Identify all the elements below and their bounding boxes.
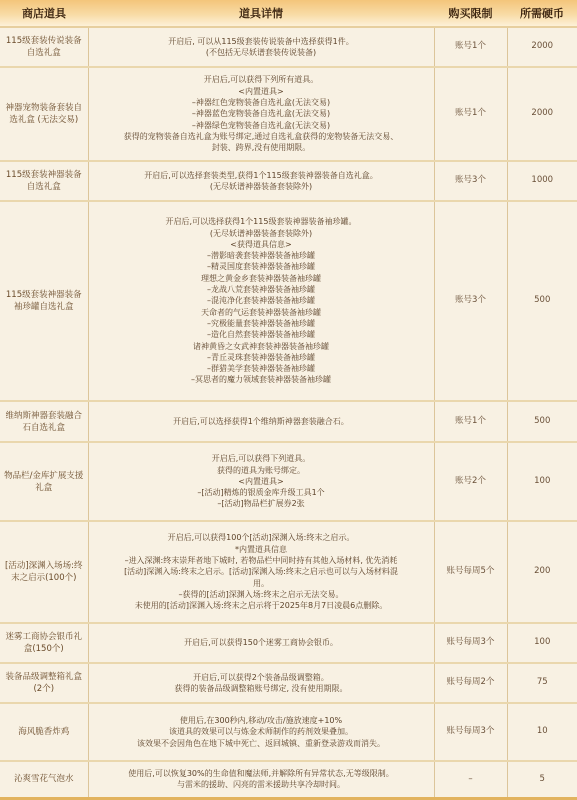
detail-line: 该效果不会因角色在地下城中死亡、返回城镇、重新登录游戏而消失。 xyxy=(92,738,431,749)
detail-line: –神器红色宠物装备自选礼盒(无法交易) xyxy=(92,97,431,108)
detail-line: <内置道具> xyxy=(92,86,431,97)
detail-line: *内置道具信息 xyxy=(92,544,431,555)
item-details: 开启后,可以选择套装类型,获得1个115级套装神器装备自选礼盒。(无尽妖谱神器装… xyxy=(88,161,434,201)
item-details: 开启后, 可以从115级套装传说装备中选择获得1件。(不包括无尽妖谱套装传说装备… xyxy=(88,27,434,67)
detail-line: 封装、跨界,没有使用期限。 xyxy=(92,142,431,153)
detail-line: –群猎美学套装神器装备袖珍罐 xyxy=(92,363,431,374)
coin-cost: 200 xyxy=(507,521,577,623)
item-details: 开启后,可以选择获得1个115级套装神器装备袖珍罐。(无尽妖谱神器装备套装除外)… xyxy=(88,201,434,401)
coin-cost: 100 xyxy=(507,442,577,521)
detail-line: [活动]深渊入场:终末之启示。[活动]深渊入场:终末之启示也可以与入场材料混 xyxy=(92,566,431,577)
detail-line: <内置道具> xyxy=(92,476,431,487)
detail-line: 获得的道具为账号绑定。 xyxy=(92,465,431,476)
table-row: 115级套装传说装备自选礼盒开启后, 可以从115级套装传说装备中选择获得1件。… xyxy=(0,27,577,67)
detail-line: 开启后,可以选择获得1个115级套装神器装备袖珍罐。 xyxy=(92,216,431,227)
item-name: 维纳斯神器套装融合石自选礼盒 xyxy=(0,401,88,442)
detail-line: 开启后,可以选择套装类型,获得1个115级套装神器装备自选礼盒。 xyxy=(92,170,431,181)
coin-cost: 1000 xyxy=(507,161,577,201)
purchase-limit: 账号每周5个 xyxy=(434,521,507,623)
detail-line: 天命者的气运套装神器装备袖珍罐 xyxy=(92,307,431,318)
detail-line: 获得的装备品级调整箱账号绑定, 没有使用期限。 xyxy=(92,683,431,694)
item-details: 开启后,可以获得2个装备品级调整箱。获得的装备品级调整箱账号绑定, 没有使用期限… xyxy=(88,663,434,703)
table-row: 115级套装神器装备自选礼盒开启后,可以选择套装类型,获得1个115级套装神器装… xyxy=(0,161,577,201)
detail-line: –龙战八荒套装神器装备袖珍罐 xyxy=(92,284,431,295)
detail-line: 用。 xyxy=(92,578,431,589)
table-header: 商店道具 道具详情 购买限制 所需硬币 xyxy=(0,0,577,27)
item-name: 115级套装传说装备自选礼盒 xyxy=(0,27,88,67)
purchase-limit: 账号1个 xyxy=(434,27,507,67)
detail-line: 理想之黄金乡套装神器装备袖珍罐 xyxy=(92,273,431,284)
detail-line: (无尽妖谱神器装备套装除外) xyxy=(92,181,431,192)
detail-line: –造化自然套装神器装备袖珍罐 xyxy=(92,329,431,340)
item-details: 开启后,可以获得100个[活动]深渊入场:终末之启示。*内置道具信息–进入深渊:… xyxy=(88,521,434,623)
detail-line: –精灵国度套装神器装备袖珍罐 xyxy=(92,261,431,272)
table-row: 迷雾工商协会银币礼盒(150个)开启后,可以获得150个迷雾工商协会银币。账号每… xyxy=(0,623,577,663)
detail-line: 开启后,可以获得100个[活动]深渊入场:终末之启示。 xyxy=(92,532,431,543)
item-details: 开启后,可以获得下列所有道具。<内置道具>–神器红色宠物装备自选礼盒(无法交易)… xyxy=(88,67,434,161)
purchase-limit: 账号1个 xyxy=(434,401,507,442)
table-row: [活动]深渊入场场:终末之启示(100个)开启后,可以获得100个[活动]深渊入… xyxy=(0,521,577,623)
item-details: 使用后,在300秒内,移动/攻击/施放速度+10%该道具的效果可以与炼金术师制作… xyxy=(88,703,434,761)
item-name: 迷雾工商协会银币礼盒(150个) xyxy=(0,623,88,663)
detail-line: (不包括无尽妖谱套装传说装备) xyxy=(92,47,431,58)
detail-line: –[活动]物品栏扩展券2张 xyxy=(92,498,431,509)
purchase-limit: 账号每周3个 xyxy=(434,623,507,663)
coin-cost: 100 xyxy=(507,623,577,663)
table-row: 维纳斯神器套装融合石自选礼盒开启后,可以选择获得1个维纳斯神器套装融合石。账号1… xyxy=(0,401,577,442)
purchase-limit: 账号2个 xyxy=(434,442,507,521)
coin-cost: 2000 xyxy=(507,27,577,67)
header-cost: 所需硬币 xyxy=(507,0,577,27)
purchase-limit: 账号每周3个 xyxy=(434,703,507,761)
item-name: 沁爽雪花气泡水 xyxy=(0,761,88,798)
coin-cost: 75 xyxy=(507,663,577,703)
detail-line: 开启后,可以获得下列道具。 xyxy=(92,453,431,464)
detail-line: 该道具的效果可以与炼金术师制作的药剂效果叠加。 xyxy=(92,726,431,737)
detail-line: 开启后,可以获得150个迷雾工商协会银币。 xyxy=(92,637,431,648)
table-row: 装备品级调整箱礼盒(2个)开启后,可以获得2个装备品级调整箱。获得的装备品级调整… xyxy=(0,663,577,703)
item-name: 海风脆香炸鸡 xyxy=(0,703,88,761)
item-name: 神器宠物装备套装自选礼盒 (无法交易) xyxy=(0,67,88,161)
header-details: 道具详情 xyxy=(88,0,434,27)
coin-cost: 500 xyxy=(507,401,577,442)
detail-line: –混沌净化套装神器装备袖珍罐 xyxy=(92,295,431,306)
table-row: 115级套装神器装备袖珍罐自选礼盒开启后,可以选择获得1个115级套装神器装备袖… xyxy=(0,201,577,401)
detail-line: –究极能量套装神器装备袖珍罐 xyxy=(92,318,431,329)
table-row: 沁爽雪花气泡水使用后,可以恢复30%的生命值和魔法师,并解除所有异常状态,无等级… xyxy=(0,761,577,798)
detail-line: 获得的宠物装备自选礼盒为账号绑定,通过自选礼盒获得的宠物装备无法交易、 xyxy=(92,131,431,142)
detail-line: 诸神黄昏之女武神套装神器装备袖珍罐 xyxy=(92,341,431,352)
purchase-limit: 账号1个 xyxy=(434,67,507,161)
item-details: 开启后,可以获得150个迷雾工商协会银币。 xyxy=(88,623,434,663)
table-row: 神器宠物装备套装自选礼盒 (无法交易)开启后,可以获得下列所有道具。<内置道具>… xyxy=(0,67,577,161)
header-item: 商店道具 xyxy=(0,0,88,27)
detail-line: –青丘灵珠套装神器装备袖珍罐 xyxy=(92,352,431,363)
detail-line: –[活动]精炼的银质金库升级工具1个 xyxy=(92,487,431,498)
purchase-limit: 账号每周2个 xyxy=(434,663,507,703)
coin-cost: 5 xyxy=(507,761,577,798)
item-details: 使用后,可以恢复30%的生命值和魔法师,并解除所有异常状态,无等级限制。与雷米的… xyxy=(88,761,434,798)
coin-cost: 10 xyxy=(507,703,577,761)
header-limit: 购买限制 xyxy=(434,0,507,27)
detail-line: (无尽妖谱神器装备套装除外) xyxy=(92,228,431,239)
detail-line: –获得的[活动]深渊入场:终末之启示无法交易。 xyxy=(92,589,431,600)
item-name: [活动]深渊入场场:终末之启示(100个) xyxy=(0,521,88,623)
detail-line: –进入深渊:终末崇拜者地下城时, 若物品栏中同时持有其他入场材料, 优先消耗 xyxy=(92,555,431,566)
detail-line: 使用后,可以恢复30%的生命值和魔法师,并解除所有异常状态,无等级限制。 xyxy=(92,768,431,779)
detail-line: 开启后,可以选择获得1个维纳斯神器套装融合石。 xyxy=(92,416,431,427)
detail-line: 开启后, 可以从115级套装传说装备中选择获得1件。 xyxy=(92,36,431,47)
coin-cost: 2000 xyxy=(507,67,577,161)
detail-line: –神器蓝色宠物装备自选礼盒(无法交易) xyxy=(92,108,431,119)
item-name: 115级套装神器装备袖珍罐自选礼盒 xyxy=(0,201,88,401)
detail-line: <获得道具信息> xyxy=(92,239,431,250)
detail-line: –潜影暗袭套装神器装备袖珍罐 xyxy=(92,250,431,261)
table-row: 海风脆香炸鸡使用后,在300秒内,移动/攻击/施放速度+10%该道具的效果可以与… xyxy=(0,703,577,761)
shop-items-table: 商店道具 道具详情 购买限制 所需硬币 115级套装传说装备自选礼盒开启后, 可… xyxy=(0,0,577,800)
item-name: 115级套装神器装备自选礼盒 xyxy=(0,161,88,201)
detail-line: 与雷米的援助、闪亮的雷米援助共享冷却时间。 xyxy=(92,779,431,790)
table-row: 物品栏/金库扩展支援礼盒开启后,可以获得下列道具。获得的道具为账号绑定。<内置道… xyxy=(0,442,577,521)
detail-line: 使用后,在300秒内,移动/攻击/施放速度+10% xyxy=(92,715,431,726)
detail-line: 未使用的[活动]深渊入场:终末之启示将于2025年8月7日凌晨6点删除。 xyxy=(92,600,431,611)
item-name: 物品栏/金库扩展支援礼盒 xyxy=(0,442,88,521)
purchase-limit: 账号3个 xyxy=(434,161,507,201)
purchase-limit: 账号3个 xyxy=(434,201,507,401)
detail-line: 开启后,可以获得下列所有道具。 xyxy=(92,74,431,85)
item-details: 开启后,可以获得下列道具。获得的道具为账号绑定。<内置道具>–[活动]精炼的银质… xyxy=(88,442,434,521)
detail-line: –神器绿色宠物装备自选礼盒(无法交易) xyxy=(92,120,431,131)
detail-line: –冥思者的魔力领域套装神器装备袖珍罐 xyxy=(92,374,431,385)
purchase-limit: – xyxy=(434,761,507,798)
coin-cost: 500 xyxy=(507,201,577,401)
item-details: 开启后,可以选择获得1个维纳斯神器套装融合石。 xyxy=(88,401,434,442)
item-name: 装备品级调整箱礼盒(2个) xyxy=(0,663,88,703)
detail-line: 开启后,可以获得2个装备品级调整箱。 xyxy=(92,672,431,683)
